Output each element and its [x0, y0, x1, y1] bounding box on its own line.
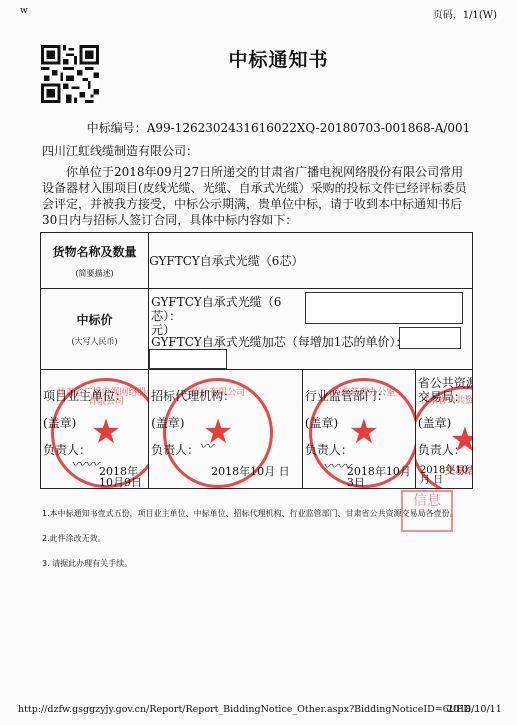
goods-label: 货物名称及数量: [41, 243, 148, 260]
price-row: 中标价 (大写人民币) GYFTCY自承式光缆（6芯）： 元） GYFTCY自承…: [41, 289, 473, 370]
agency-date: 2018年10月 日: [211, 466, 290, 477]
price-label-cell: 中标价 (大写人民币): [41, 289, 149, 370]
signature-cell-owner: 甘肃省广播电视网络股份有限公司★ 项目业主单位： (盖章) 负责人： 〰〰 20…: [41, 370, 149, 489]
regulator-seal-label: (盖章): [305, 417, 338, 429]
agency-org-label: 招标代理机构：: [151, 390, 235, 402]
exchange-person-label: 负责人：: [418, 444, 466, 456]
bid-number-value: A99-1262302431616022XQ-20180703-001868-A…: [147, 121, 471, 135]
regulator-org-label: 行业监管部门：: [305, 390, 389, 402]
page-number: 页码，1/1(W): [433, 6, 497, 21]
owner-person-label: 负责人：: [43, 444, 91, 456]
agency-seal-label: (盖章): [151, 417, 184, 429]
note-3: 3. 请据此办理有关手续。: [42, 558, 482, 570]
owner-seal-label: (盖章): [43, 417, 76, 429]
redacted-price-3: [149, 349, 227, 369]
price-line2-prefix: GYFTCY自承式光缆加芯（每增加1芯的单价）：: [151, 333, 407, 350]
goods-value: GYFTCY自承式光缆（6芯）: [149, 233, 473, 289]
price-sublabel: (大写人民币): [41, 336, 148, 347]
bid-number: 中标编号：A99-1262302431616022XQ-20180703-001…: [0, 119, 517, 136]
footer-url: http://dzfw.gsggzyjy.gov.cn/Report/Repor…: [18, 704, 480, 715]
agency-person-label: 负责人：: [151, 444, 199, 456]
price-line1-prefix: GYFTCY自承式光缆（6芯）：: [151, 295, 281, 323]
signature-cell-regulator: 监督管理办公室★ 行业监管部门： (盖章) 负责人： 〰〰 2018年10月3日: [302, 370, 415, 489]
exchange-org-label: 省公共资源交易局：: [418, 376, 473, 404]
agency-signature: 〰: [199, 440, 213, 454]
signature-cell-agency: 招标有限公司★ 招标代理机构： (盖章) 负责人： 〰 2018年10月 日: [149, 370, 303, 489]
signature-row: 甘肃省广播电视网络股份有限公司★ 项目业主单位： (盖章) 负责人： 〰〰 20…: [41, 370, 473, 489]
price-value-cell: GYFTCY自承式光缆（6芯）： 元） GYFTCY自承式光缆加芯（每增加1芯的…: [149, 289, 473, 370]
regulator-date: 2018年10月3日: [347, 466, 415, 488]
owner-org-label: 项目业主单位：: [43, 390, 127, 402]
note-1: 1.本中标通知书壹式五份，项目业主单位、中标单位、招标代理机构、行业监管部门、甘…: [42, 508, 482, 520]
regulator-person-label: 负责人：: [305, 444, 353, 456]
document-title: 中标通知书: [0, 45, 517, 72]
award-table: 货物名称及数量 (简要描述) GYFTCY自承式光缆（6芯） 中标价 (大写人民…: [40, 232, 473, 489]
goods-row: 货物名称及数量 (简要描述) GYFTCY自承式光缆（6芯）: [41, 233, 473, 289]
addressee: 四川江虹线缆制造有限公司：: [42, 142, 198, 159]
footer-date: 2018/10/11: [447, 704, 502, 715]
goods-sublabel: (简要描述): [41, 268, 148, 279]
notes: 1.本中标通知书壹式五份，项目业主单位、中标单位、招标代理机构、行业监管部门、甘…: [42, 508, 482, 583]
bid-number-label: 中标编号：: [87, 121, 147, 135]
exchange-date: 2018年10月 日: [420, 466, 472, 486]
goods-label-cell: 货物名称及数量 (简要描述): [41, 233, 149, 289]
signature-cell-exchange: 甘肃省公共资源交易局★交易结果 省公共资源交易局： (盖章) 负责人： 2018…: [415, 370, 472, 489]
exchange-seal-label: (盖章): [418, 417, 451, 429]
owner-date: 2018年10月9日: [99, 466, 148, 488]
header-mark: w: [20, 6, 28, 16]
redacted-price-1: [305, 292, 463, 324]
body-paragraph: 你单位于2018年09月27日所递交的甘肃省广播电视网络股份有限公司常用设备器材…: [42, 164, 474, 228]
note-2: 2.此件涂改无效。: [42, 533, 482, 545]
price-label: 中标价: [41, 311, 148, 328]
owner-signature: 〰〰: [71, 458, 99, 472]
redacted-price-2: [399, 327, 461, 349]
